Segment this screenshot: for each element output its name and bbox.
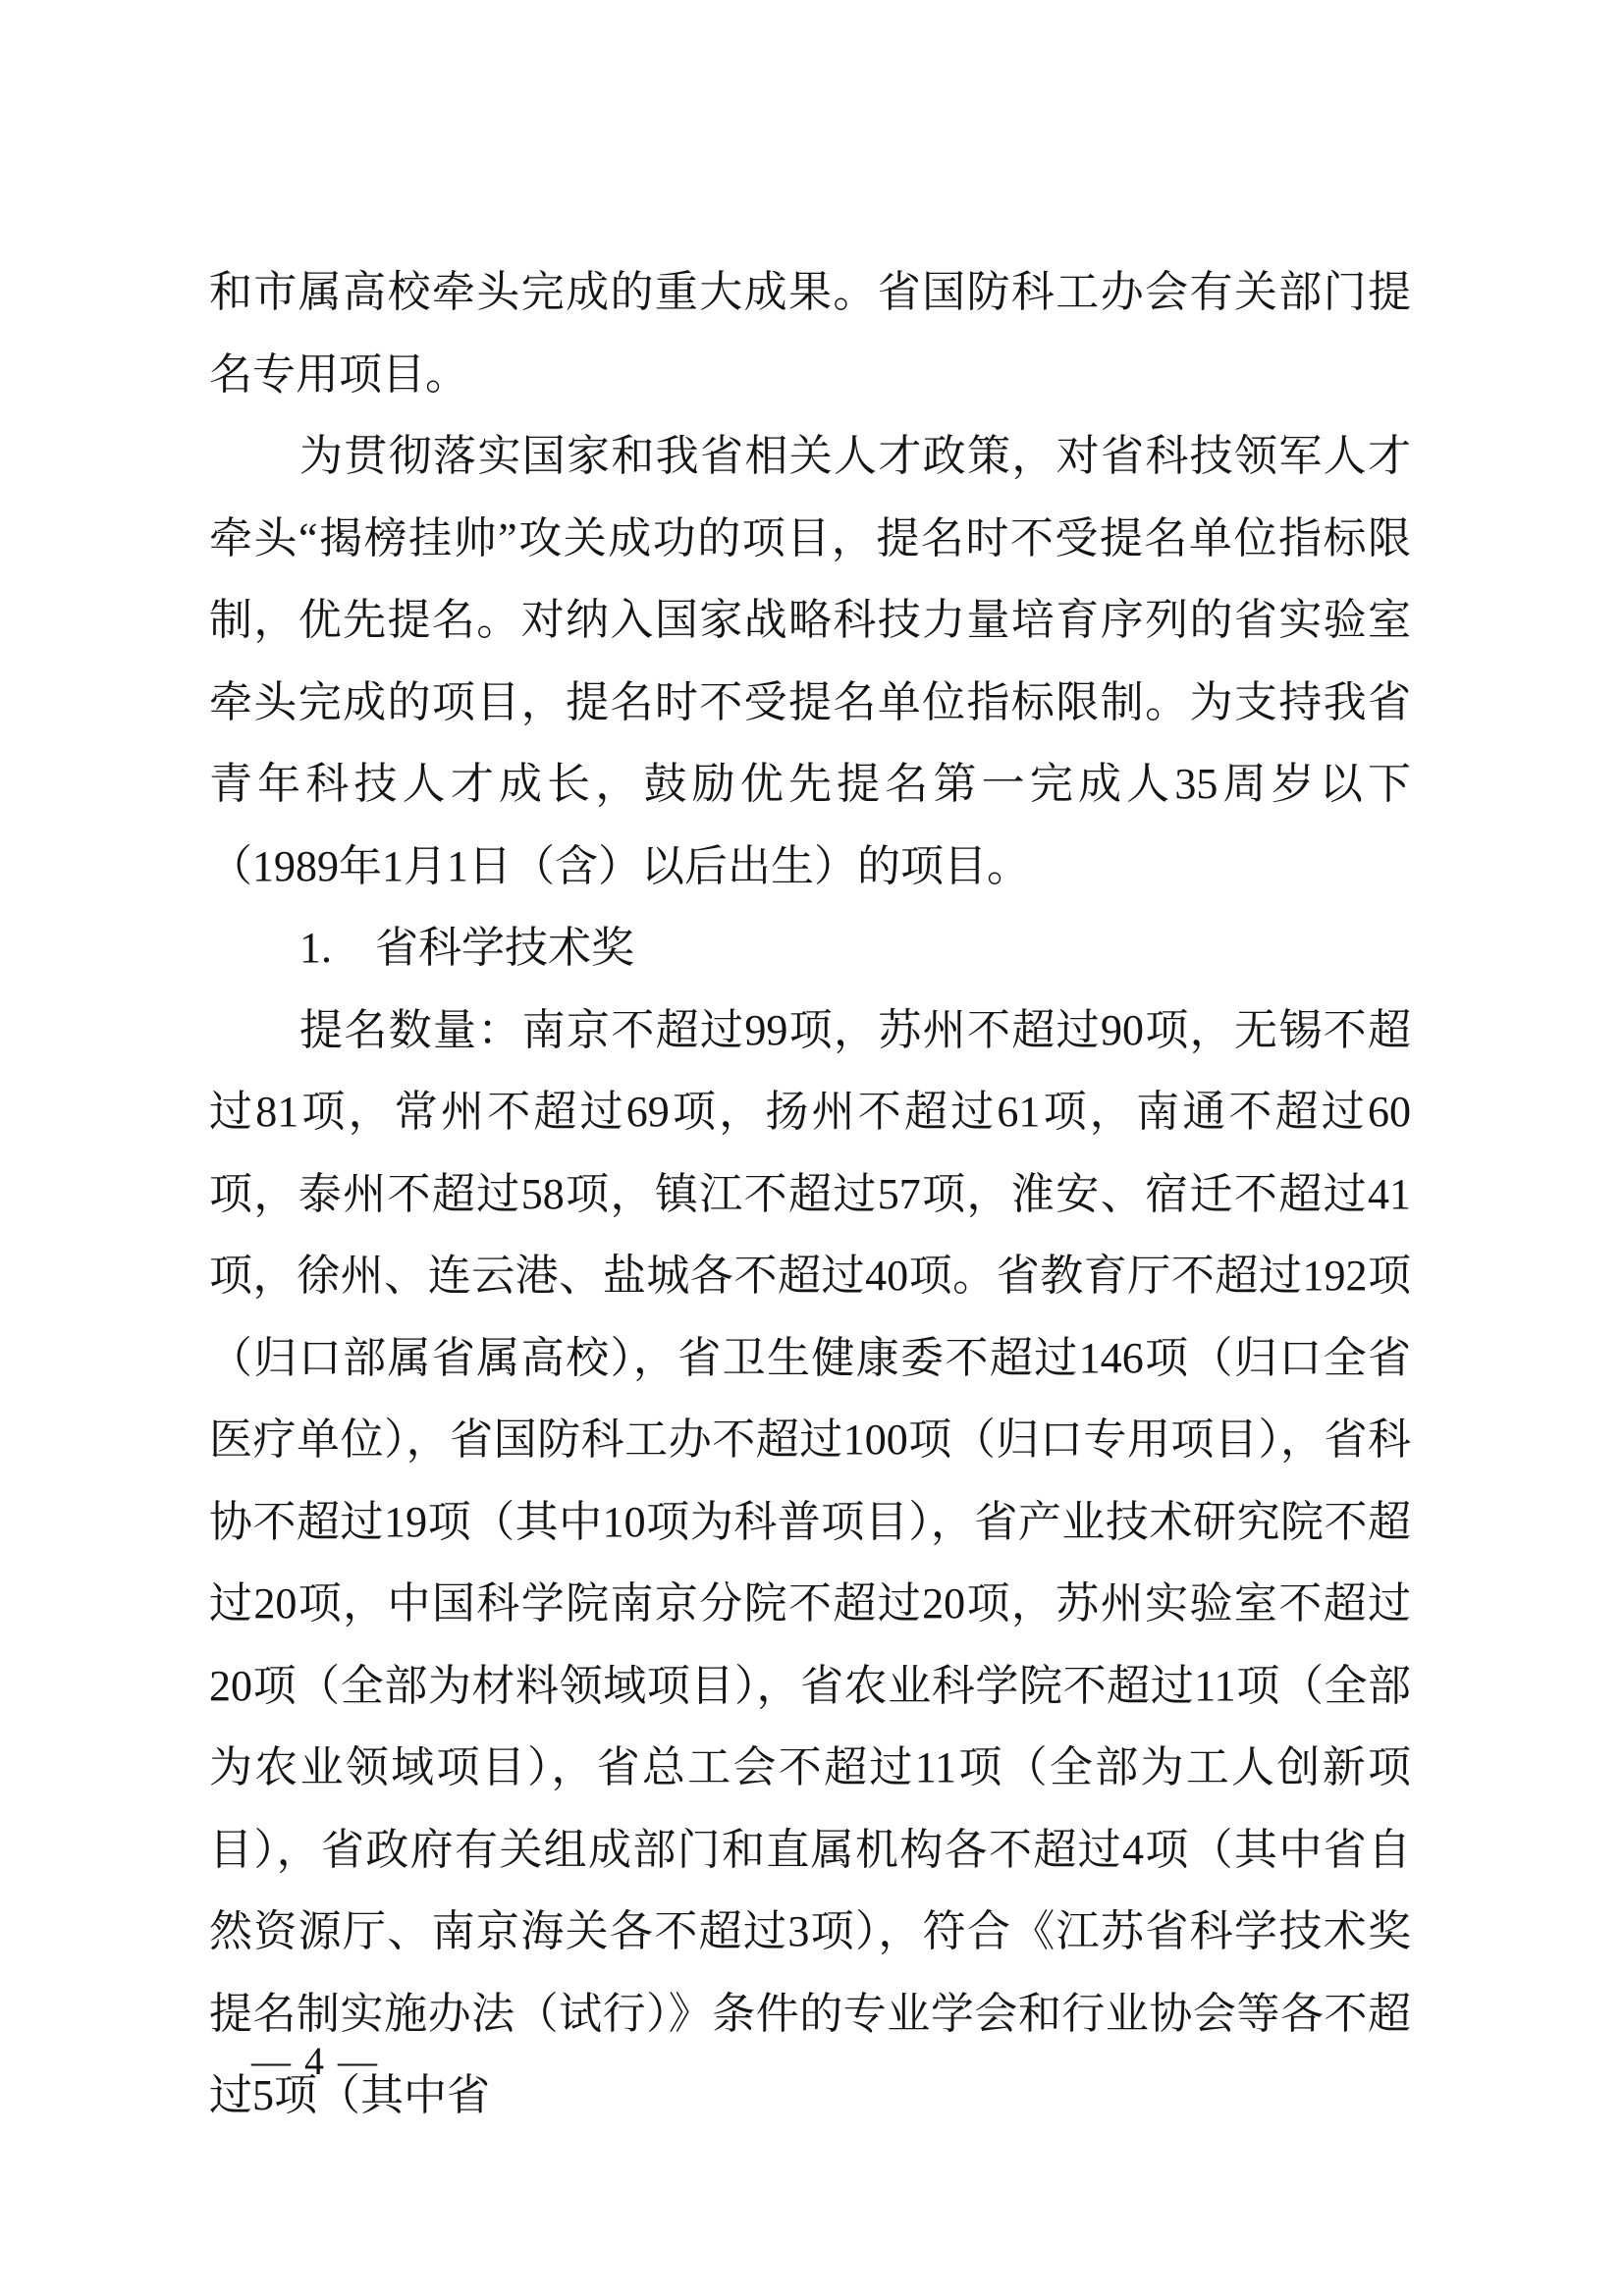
paragraph-continuation-special-projects: 和市属高校牵头完成的重大成果。省国防科工办会有关部门提名专用项目。 [209,251,1411,415]
paragraph-talent-policy: 为贯彻落实国家和我省相关人才政策，对省科技领军人才牵头“揭榜挂帅”攻关成功的项目… [209,415,1411,907]
paragraph-nomination-quotas: 提名数量：南京不超过99项，苏州不超过90项，无锡不超过81项，常州不超过69项… [209,989,1411,2137]
document-body: 和市属高校牵头完成的重大成果。省国防科工办会有关部门提名专用项目。 为贯彻落实国… [209,251,1411,2137]
section-heading-provincial-science-award: 1. 省科学技术奖 [209,907,1411,989]
page-number-footer: — 4 — [251,2040,379,2083]
document-page: 和市属高校牵头完成的重大成果。省国防科工办会有关部门提名专用项目。 为贯彻落实国… [0,0,1624,2296]
